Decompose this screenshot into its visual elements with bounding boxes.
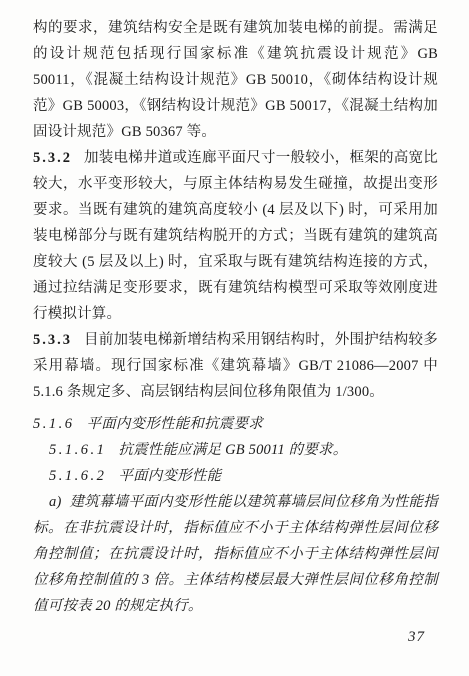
section-number: 5.3.3	[33, 332, 72, 348]
section-5-3-3: 5.3.3目前加装电梯新增结构采用钢结构时，外围护结构较多采用幕墙。现行国家标准…	[33, 327, 438, 405]
page-content: 构的要求，建筑结构安全是既有建筑加装电梯的前提。需满足的设计规范包括现行国家标准…	[33, 15, 438, 619]
quote-heading: 5.1.6平面内变形性能和抗震要求	[33, 411, 438, 437]
section-text: 加装电梯井道或连廊平面尺寸一般较小，框架的高宽比较大，水平变形较大，与原主体结构…	[33, 150, 438, 322]
document-page: 构的要求，建筑结构安全是既有建筑加装电梯的前提。需满足的设计规范包括现行国家标准…	[0, 0, 469, 676]
item-a-label: a)	[49, 494, 61, 510]
page-number: 37	[408, 629, 425, 646]
section-text: 目前加装电梯新增结构采用钢结构时，外围护结构较多采用幕墙。现行国家标准《建筑幕墙…	[33, 332, 438, 400]
quote-heading-title: 平面内变形性能和抗震要求	[87, 416, 263, 432]
quote-clause-2: 5.1.6.2平面内变形性能	[33, 463, 438, 489]
clause-number: 5.1.6.2	[49, 468, 106, 484]
clause-number: 5.1.6.1	[49, 442, 106, 458]
quote-clause-1: 5.1.6.1抗震性能应满足 GB 50011 的要求。	[33, 437, 438, 463]
intro-paragraph-text: 构的要求，建筑结构安全是既有建筑加装电梯的前提。需满足的设计规范包括现行国家标准…	[33, 20, 438, 140]
section-number: 5.3.2	[33, 150, 72, 166]
item-a-text: 建筑幕墙平面内变形性能以建筑幕墙层间位移角为性能指标。在非抗震设计时，指标值应不…	[33, 494, 438, 614]
clause-text: 抗震性能应满足 GB 50011 的要求。	[118, 442, 347, 458]
section-5-3-2: 5.3.2加装电梯井道或连廊平面尺寸一般较小，框架的高宽比较大，水平变形较大，与…	[33, 145, 438, 327]
intro-paragraph: 构的要求，建筑结构安全是既有建筑加装电梯的前提。需满足的设计规范包括现行国家标准…	[33, 15, 438, 145]
quoted-standard-block: 5.1.6平面内变形性能和抗震要求 5.1.6.1抗震性能应满足 GB 5001…	[33, 411, 438, 619]
clause-text: 平面内变形性能	[118, 468, 221, 484]
quote-item-a: a)建筑幕墙平面内变形性能以建筑幕墙层间位移角为性能指标。在非抗震设计时，指标值…	[33, 489, 438, 619]
quote-heading-number: 5.1.6	[33, 416, 75, 432]
